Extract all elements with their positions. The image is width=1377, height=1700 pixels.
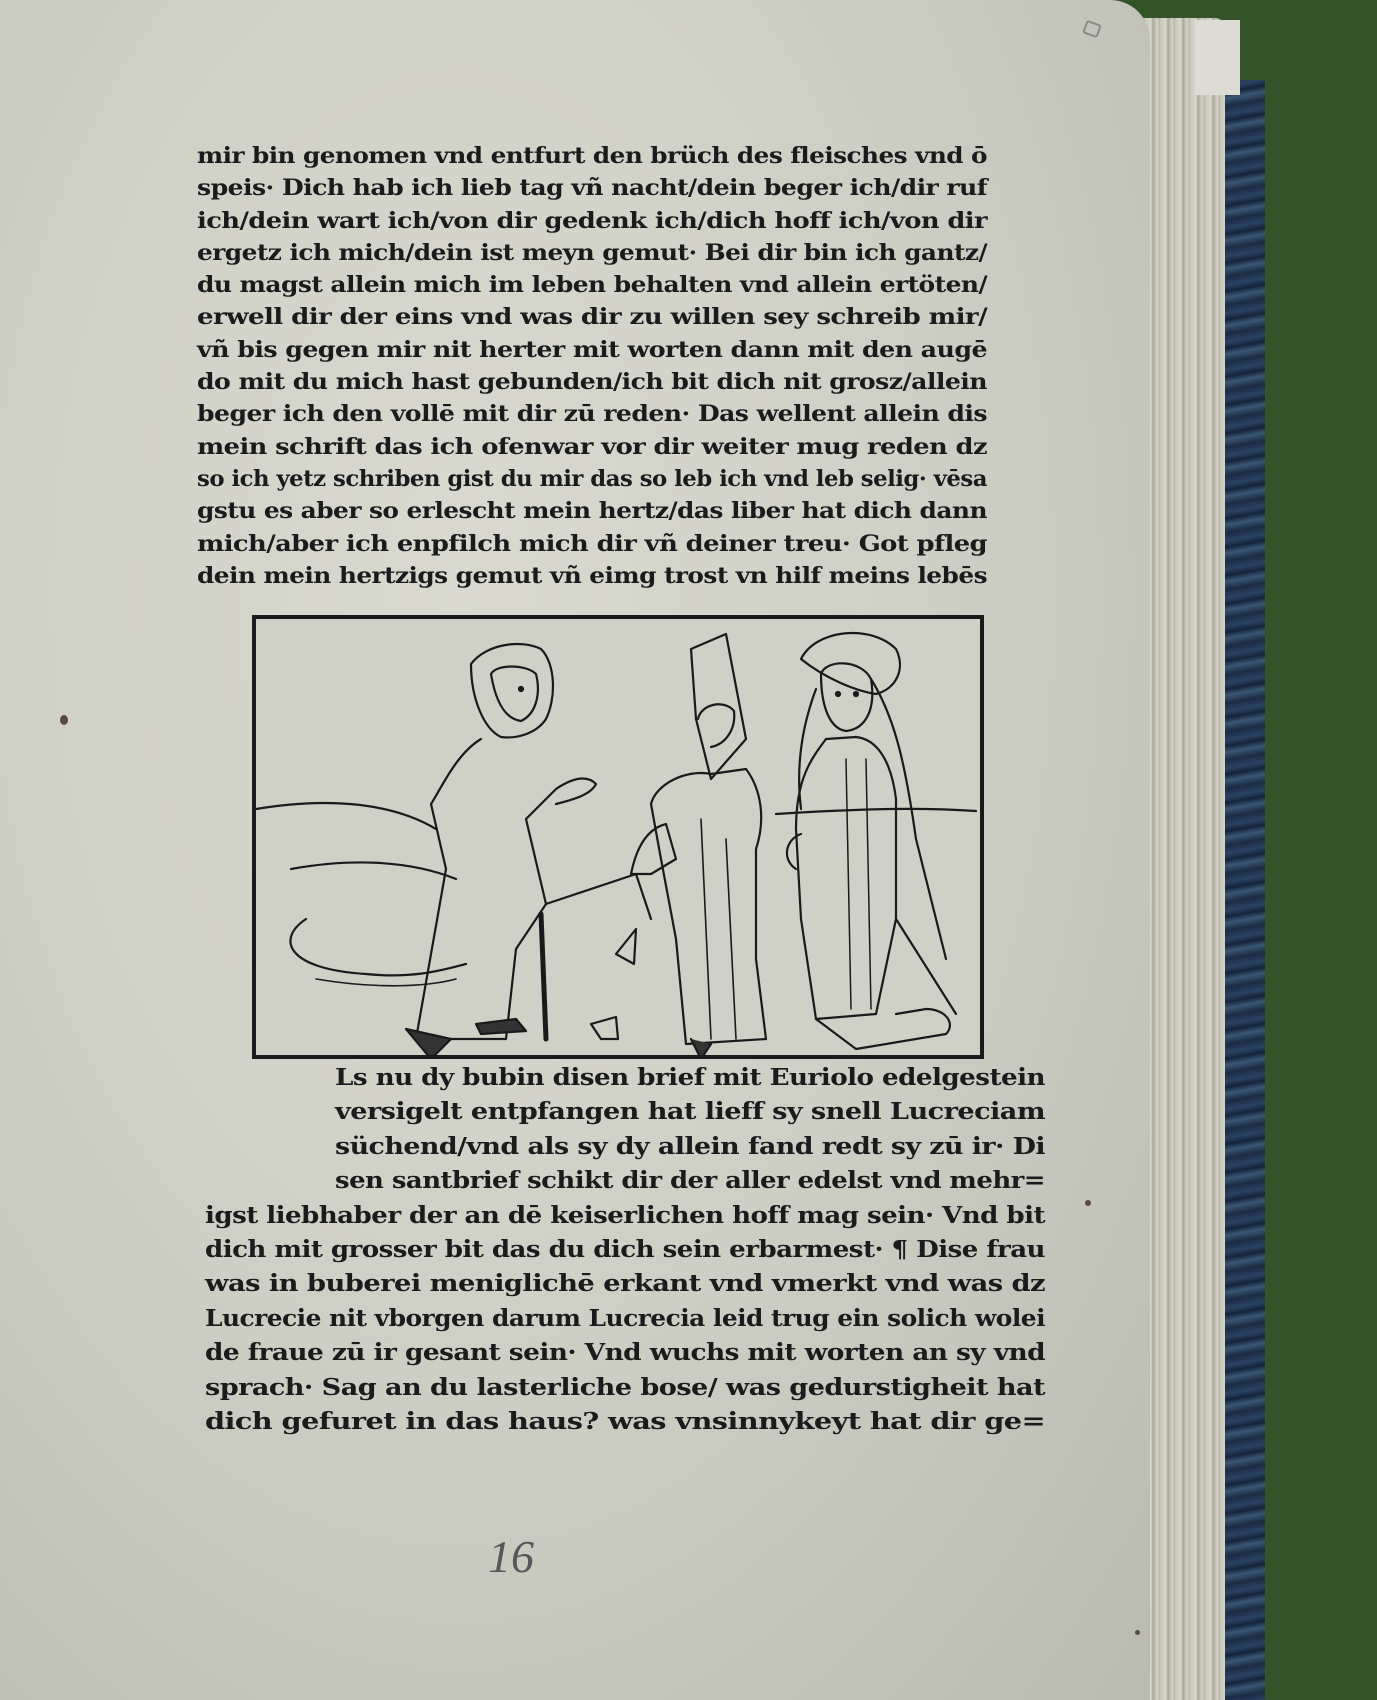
folio-number: 16 [488,1530,534,1583]
text-line: versigelt entpfangen hat lieff sy snell … [205,1094,1045,1128]
text-line: was in buberei meniglichē erkant vnd vme… [205,1266,1045,1300]
upper-text-block: mir bin genomen vnd entfurt den brüch de… [197,140,987,592]
text-line: dein mein hertzigs gemut vñ eimg trost v… [197,560,987,592]
text-line: speis· Dich hab ich lieb tag vñ nacht/de… [197,172,987,204]
page-stack-top [1195,20,1240,95]
text-line: do mit du mich hast gebunden/ich bit dic… [197,366,987,398]
corner-mark [1082,20,1102,39]
text-line: sprach· Sag an du lasterliche bose/ was … [205,1370,1045,1404]
ink-speck [60,715,68,725]
text-line: beger ich den vollē mit dir zū reden· Da… [197,398,987,430]
text-line: süchend/vnd als sy dy allein fand redt s… [205,1129,1045,1163]
text-line: mich/aber ich enpfilch mich dir vñ deine… [197,528,987,560]
text-line: ergetz ich mich/dein ist meyn gemut· Bei… [197,237,987,269]
text-line: erwell dir der eins vnd was dir zu wille… [197,301,987,333]
book-page: mir bin genomen vnd entfurt den brüch de… [0,0,1150,1700]
text-line: Lucrecie nit vborgen darum Lucrecia leid… [205,1301,1045,1335]
text-line: du magst allein mich im leben behalten v… [197,269,987,301]
text-line: igst liebhaber der an dē keiserlichen ho… [205,1198,1045,1232]
ink-speck [1085,1200,1091,1206]
text-line: gstu es aber so erlescht mein hertz/das … [197,495,987,527]
text-line: Ls nu dy bubin disen brief mit Euriolo e… [205,1060,1045,1094]
ink-speck [1135,1630,1140,1635]
text-line: mein schrift das ich ofenwar vor dir wei… [197,431,987,463]
text-line: ich/dein wart ich/von dir gedenk ich/dic… [197,205,987,237]
text-line: de fraue zū ir gesant sein· Vnd wuchs mi… [205,1335,1045,1369]
text-line: dich mit grosser bit das du dich sein er… [205,1232,1045,1266]
text-line: mir bin genomen vnd entfurt den brüch de… [197,140,987,172]
text-line: dich gefuret in das haus? was vnsinnykey… [205,1404,1045,1438]
woodcut-illustration [252,615,984,1059]
text-line: so ich yetz schriben gist du mir das so … [197,463,987,495]
lower-text-block: Ls nu dy bubin disen brief mit Euriolo e… [205,1060,1045,1438]
text-line: sen santbrief schikt dir der aller edels… [205,1163,1045,1197]
text-line: vñ bis gegen mir nit herter mit worten d… [197,334,987,366]
